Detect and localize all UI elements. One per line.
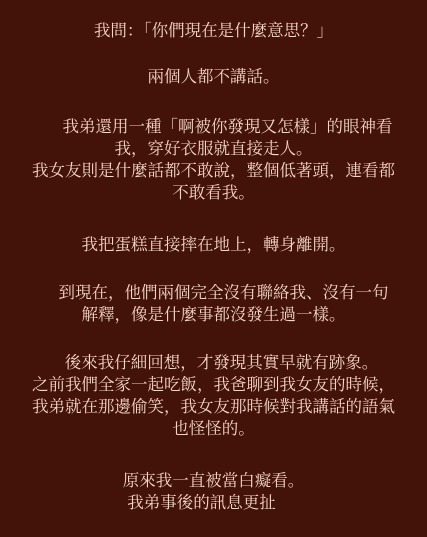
- paragraph-signs: 後來我仔細回想，才發現其實早就有跡象。 之前我們全家一起吃飯，我爸聊到我女友的時…: [0, 352, 427, 440]
- paragraph-cake: 我把蛋糕直接摔在地上，轉身離開。: [0, 234, 427, 256]
- paragraph-silence: 兩個人都不講話。: [0, 66, 427, 88]
- paragraph-reactions: 我弟還用一種「啊被你發現又怎樣」的眼神看 我，穿好衣服就直接走人。 我女友則是什…: [0, 116, 427, 204]
- text-line: 我女友則是什麼話都不敢說，整個低著頭，連看都: [0, 160, 427, 182]
- paragraph-question: 我問：「你們現在是什麼意思？」: [0, 20, 427, 42]
- text-line: 我弟事後的訊息更扯: [0, 492, 427, 514]
- text-line: 我弟還用一種「啊被你發現又怎樣」的眼神看: [0, 116, 427, 138]
- text-line: 我弟就在那邊偷笑，我女友那時候對我講話的語氣: [0, 396, 427, 418]
- text-line: 原來我一直被當白癡看。: [0, 470, 427, 492]
- text-line: 我，穿好衣服就直接走人。: [0, 138, 427, 160]
- text-line: 我問：「你們現在是什麼意思？」: [0, 20, 427, 42]
- text-line: 後來我仔細回想，才發現其實早就有跡象。: [0, 352, 427, 374]
- paragraph-conclusion: 原來我一直被當白癡看。 我弟事後的訊息更扯: [0, 470, 427, 514]
- text-line: 也怪怪的。: [0, 418, 427, 440]
- text-line: 到現在，他們兩個完全沒有聯絡我、沒有一句: [0, 282, 427, 304]
- story-document: 我問：「你們現在是什麼意思？」 兩個人都不講話。 我弟還用一種「啊被你發現又怎樣…: [0, 0, 427, 537]
- paragraph-no-contact: 到現在，他們兩個完全沒有聯絡我、沒有一句 解釋，像是什麼事都沒發生過一樣。: [0, 282, 427, 326]
- text-line: 我把蛋糕直接摔在地上，轉身離開。: [0, 234, 427, 256]
- text-line: 不敢看我。: [0, 182, 427, 204]
- text-line: 解釋，像是什麼事都沒發生過一樣。: [0, 304, 427, 326]
- text-line: 之前我們全家一起吃飯，我爸聊到我女友的時候，: [0, 374, 427, 396]
- text-line: 兩個人都不講話。: [0, 66, 427, 88]
